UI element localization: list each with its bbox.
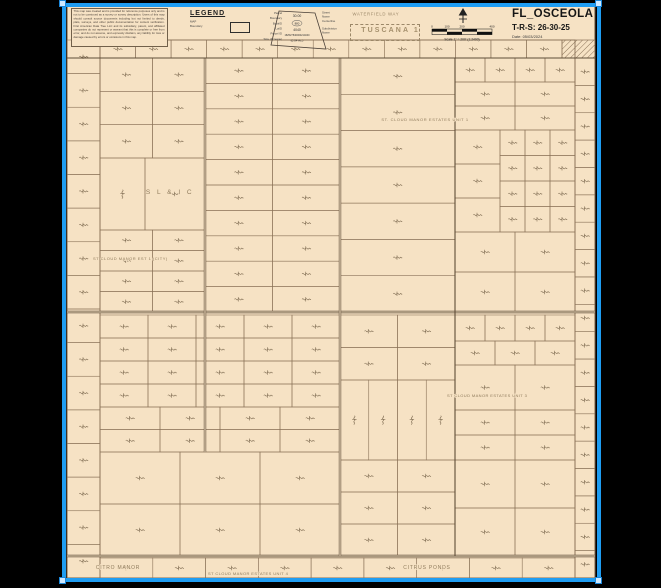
selection-handle-bottom-left[interactable] — [59, 577, 66, 584]
selection-handle-top-right[interactable] — [595, 0, 602, 7]
selection-handle-bottom-right[interactable] — [595, 577, 602, 584]
selection-handle-top-left[interactable] — [59, 0, 66, 7]
map-viewer-stage: ST. CLOUD MANOR ESTATES UNIT 1S L & I CS… — [0, 0, 661, 588]
selection-border[interactable] — [62, 3, 601, 582]
